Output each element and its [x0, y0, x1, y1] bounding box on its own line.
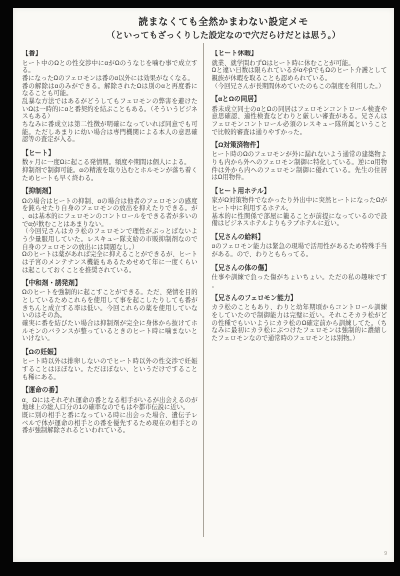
title-line-2: （といってもざっくりした設定なので穴だらけだとは思う。） — [53, 30, 394, 41]
section-header: 【αとΩの同居】 — [212, 96, 388, 104]
memo-section: 【中和剤・誘発剤】Ωのヒートを強制的に起こすことができる。ただ、発情を目的として… — [22, 280, 198, 343]
section-header: 【兄さんの体の傷】 — [212, 265, 388, 273]
memo-section: 【兄さんの体の傷】仕事や訓練で負った傷がちょいちょい。ただの私の趣味です。 — [212, 265, 388, 290]
left-column: 【番】ヒート中のΩとの性交渉中にαがΩのうなじを噛む事で成立する。番になったΩの… — [22, 50, 198, 550]
memo-section: 【抑制剤】Ωの場合はヒートの抑制、αの場合は他者のフェロモンの感度を鈍らせたり自… — [22, 188, 198, 274]
section-paragraph: 番になったΩのフェロモンは番のα以外には効果がなくなる。 — [22, 75, 198, 83]
memo-section: 【ヒート】数ヶ月に一度Ωに起こる発情期。頻度や期間は個人による。抑制剤で制御可能… — [22, 150, 198, 182]
section-paragraph: 番未成立同士のαとΩの同居はフェロモンコントロール検査や意思確認、適性検査などわ… — [212, 106, 388, 137]
memo-columns: 【番】ヒート中のΩとの性交渉中にαがΩのうなじを噛む事で成立する。番になったΩの… — [13, 41, 394, 550]
section-paragraph: 乱暴な方法ではあるがどうしてもフェロモンの弊害を避けたいΩは一時的にαと番契約を… — [22, 98, 198, 121]
memo-section: 【ヒート休暇】就業、就学問わずΩはヒート時に休むことが可能。Ωと違い日数は限られ… — [212, 50, 388, 90]
section-paragraph: （今回兄さんはカラ松のフェロモンで理性がぶっとばないよう少量服用していた。レスキ… — [22, 228, 198, 251]
memo-section: 【兄さんのフェロモン能力】カラ松のこともあり、わりと幼年期頃からコントロール訓練… — [212, 295, 388, 343]
section-paragraph: ヒート中のΩとの性交渉中にαがΩのうなじを噛む事で成立する。 — [22, 60, 198, 75]
section-header: 【Ωの妊娠】 — [22, 349, 198, 357]
section-paragraph: 仕事や訓練で負った傷がちょいちょい。ただの私の趣味です。 — [212, 274, 388, 289]
column-divider — [203, 43, 204, 537]
memo-section: 【αとΩの同居】番未成立同士のαとΩの同居はフェロモンコントロール検査や意思確認… — [212, 96, 388, 136]
section-paragraph: ヒート時のΩのフェロモンが外に漏れないよう通常の建築物よりも内から外へのフェロモ… — [212, 151, 388, 182]
section-paragraph: ヒート時以外は排卵しないのでヒート時以外の性交渉で妊娠することはほぼない。ただほ… — [22, 358, 198, 381]
section-header: 【ヒート休暇】 — [212, 50, 388, 58]
section-paragraph: ちなみに番成立は第二性徴が明確になっていれば同意でも可能。ただしあまりに幼い場合… — [22, 121, 198, 144]
section-header: 【中和剤・誘発剤】 — [22, 280, 198, 288]
section-paragraph: （今回兄さんが長期間休めていたのもこの制度を利用した。） — [212, 83, 388, 91]
section-header: 【兄さんの給料】 — [212, 234, 388, 242]
memo-page: 読まなくても全然かまわない設定メモ （といってもざっくりした設定なので穴だらけだ… — [13, 8, 394, 562]
section-paragraph: 家がΩ対策物件でなかったり外出中に突然ヒートになったΩがヒート中に利用するホテル… — [212, 197, 388, 212]
title-line-1: 読まなくても全然かまわない設定メモ — [53, 17, 394, 29]
section-paragraph: 基本的に性関係で部屋に籠ることが前提になっているので設備はビジネスホテルよりもラ… — [212, 213, 388, 228]
section-header: 【Ω対策済物件】 — [212, 142, 388, 150]
section-paragraph: Ωと違い日数は限られているがαやβでもΩのヒート介護として親族が休暇を取ることも… — [212, 67, 388, 82]
section-paragraph: 抑制剤で制御可能。αの精液を取り込むとホルモンが落ち着くためヒートも早く終わる。 — [22, 167, 198, 182]
section-paragraph: カラ松のこともあり、わりと幼年期頃からコントロール訓練をしていたので制御能力は完… — [212, 304, 388, 342]
memo-section: 【Ω対策済物件】ヒート時のΩのフェロモンが外に漏れないよう通常の建築物よりも内か… — [212, 142, 388, 182]
section-paragraph: Ωの場合はヒートの抑制、αの場合は他者のフェロモンの感度を鈍らせたり自身のフェロ… — [22, 198, 198, 229]
section-paragraph: α、Ωにはそれぞれ運命の番となる相手がいるが出会えるのが地球上の総人口分の1の確… — [22, 397, 198, 412]
section-header: 【ヒート用ホテル】 — [212, 188, 388, 196]
section-header: 【番】 — [22, 50, 198, 58]
section-paragraph: 既に別の相手と番になっている時に出会った場合、遺伝子レベルで体が運命の相手との番… — [22, 412, 198, 435]
section-header: 【兄さんのフェロモン能力】 — [212, 295, 388, 303]
memo-section: 【番】ヒート中のΩとの性交渉中にαがΩのうなじを噛む事で成立する。番になったΩの… — [22, 50, 198, 144]
memo-section: 【運命の番】α、Ωにはそれぞれ運命の番となる相手がいるが出会えるのが地球上の総人… — [22, 387, 198, 435]
memo-section: 【兄さんの給料】αのフェロモン能力は緊急の現場で活用性があるため特殊手当がある。… — [212, 234, 388, 259]
memo-section: 【Ωの妊娠】ヒート時以外は排卵しないのでヒート時以外の性交渉で妊娠することはほぼ… — [22, 349, 198, 381]
section-paragraph: 数ヶ月に一度Ωに起こる発情期。頻度や期間は個人による。 — [22, 159, 198, 167]
section-header: 【抑制剤】 — [22, 188, 198, 196]
section-paragraph: αのフェロモン能力は緊急の現場で活用性があるため特殊手当がある。ので、わりともら… — [212, 243, 388, 258]
section-paragraph: 番の解除はαのみができる。解除されたΩは別のαと再度番になることも可能。 — [22, 83, 198, 98]
section-paragraph: 確実に番を結びたい場合は抑制剤が完全に身体から抜けてホルモンのバランスが整ってい… — [22, 320, 198, 343]
page-title: 読まなくても全然かまわない設定メモ （といってもざっくりした設定なので穴だらけだ… — [53, 8, 394, 41]
section-paragraph: Ωのヒートは薬があれば完全に抑えることができるが、ヒートは子宮のメンテナンス機能… — [22, 251, 198, 274]
section-paragraph: Ωのヒートを強制的に起こすことができる。ただ、発情を目的としているためこれらを使… — [22, 289, 198, 320]
scan-frame: 読まなくても全然かまわない設定メモ （といってもざっくりした設定なので穴だらけだ… — [0, 0, 400, 576]
page-number: 9 — [384, 551, 387, 557]
right-column: 【ヒート休暇】就業、就学問わずΩはヒート時に休むことが可能。Ωと違い日数は限られ… — [212, 50, 388, 550]
section-header: 【ヒート】 — [22, 150, 198, 158]
memo-section: 【ヒート用ホテル】家がΩ対策物件でなかったり外出中に突然ヒートになったΩがヒート… — [212, 188, 388, 228]
section-header: 【運命の番】 — [22, 387, 198, 395]
